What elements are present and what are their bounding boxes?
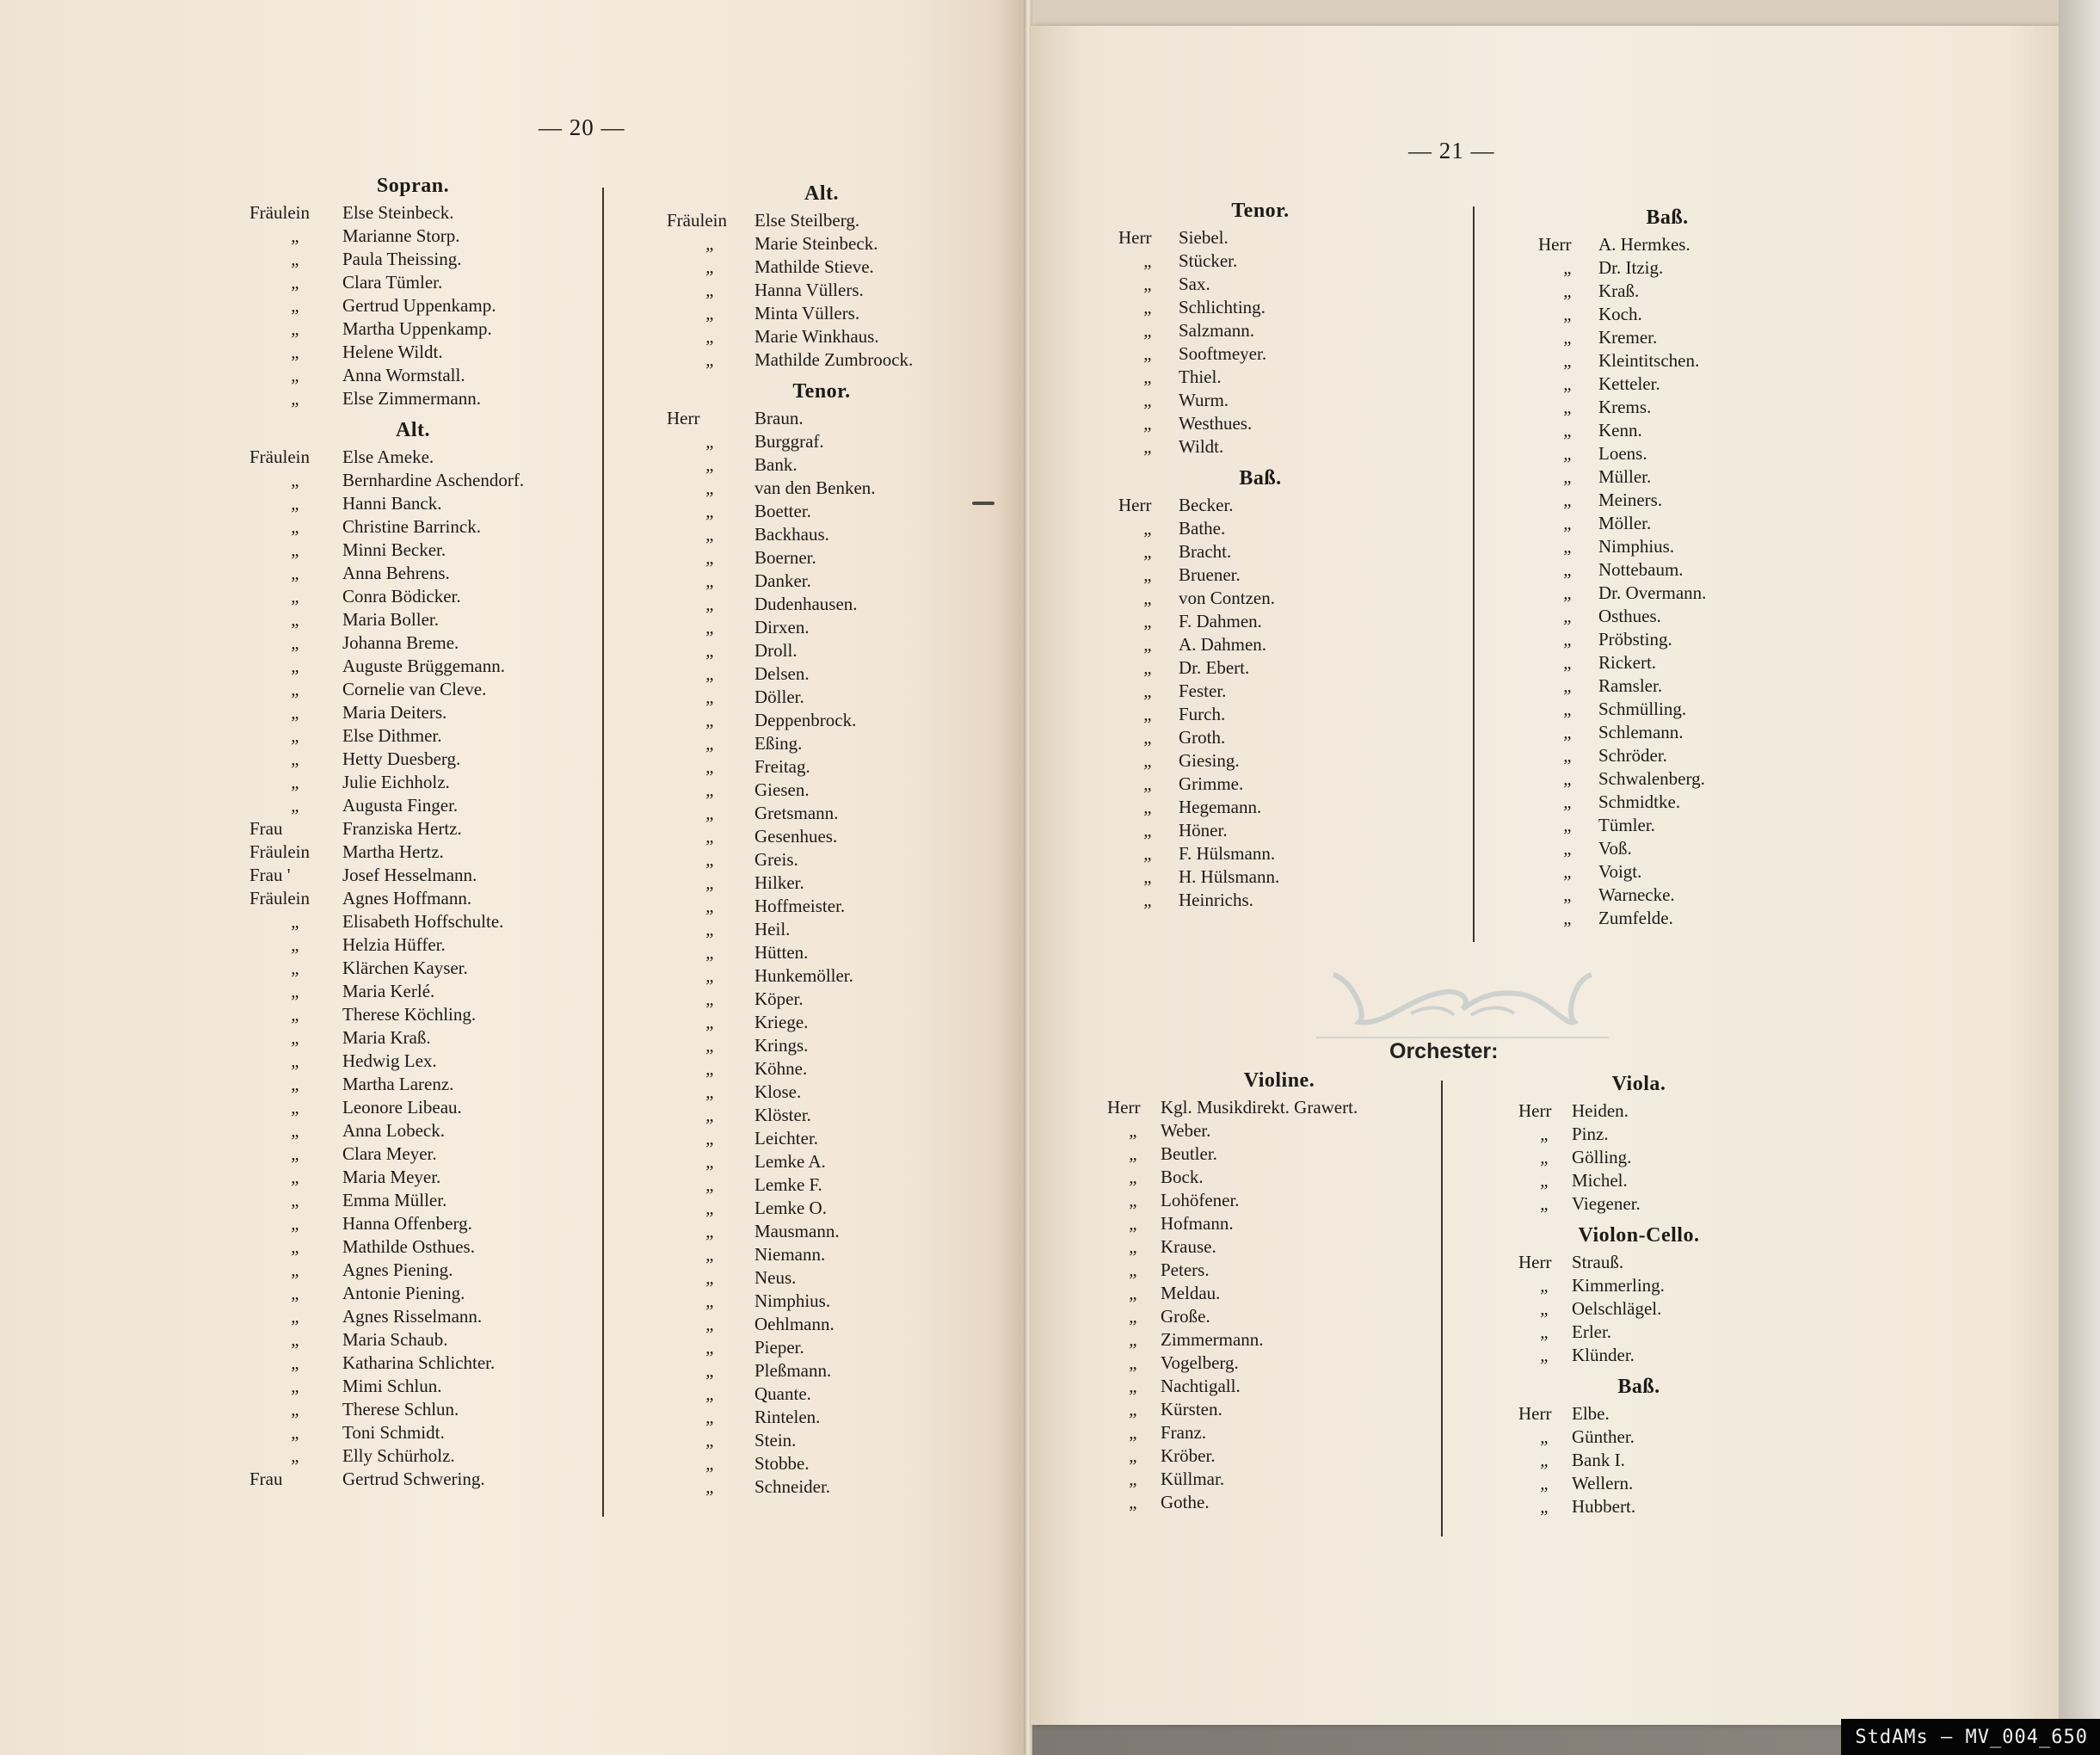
- ditto-mark: „: [1107, 1142, 1161, 1166]
- list-item: „Auguste Brüggemann.: [249, 655, 576, 678]
- list-item: „Pinz.: [1518, 1123, 1759, 1146]
- section-heading: Violon-Cello.: [1518, 1224, 1759, 1247]
- list-item: „Klärchen Kayser.: [249, 957, 576, 980]
- list-item: „Heil.: [667, 918, 976, 941]
- list-item: „Große.: [1107, 1305, 1451, 1328]
- member-name: Küllmar.: [1161, 1468, 1224, 1491]
- list-item: HerrSiebel.: [1118, 226, 1402, 249]
- ditto-mark: „: [1518, 1449, 1572, 1472]
- member-name: Köhne.: [754, 1057, 807, 1081]
- list-item: FrauGertrud Schwering.: [249, 1468, 576, 1491]
- list-item: „Köhne.: [667, 1057, 976, 1081]
- list-item: FräuleinMartha Hertz.: [249, 841, 576, 864]
- member-name: Gölling.: [1572, 1146, 1631, 1169]
- member-name: Hoffmeister.: [754, 895, 845, 918]
- member-name: Klose.: [754, 1081, 801, 1104]
- member-name: Sooftmeyer.: [1179, 342, 1266, 366]
- ditto-mark: „: [667, 1081, 754, 1104]
- member-name: Bracht.: [1179, 540, 1231, 563]
- ditto-mark: „: [667, 1243, 754, 1266]
- member-name: Maria Schaub.: [342, 1328, 447, 1352]
- member-name: Hilker.: [754, 871, 804, 895]
- list-item: „Therese Köchling.: [249, 1003, 576, 1026]
- list-item: HerrElbe.: [1518, 1402, 1759, 1426]
- member-name: Stein.: [754, 1429, 796, 1452]
- ditto-mark: „: [667, 779, 754, 802]
- ditto-mark: „: [667, 686, 754, 709]
- ditto-mark: „: [249, 1259, 342, 1282]
- member-name: Loens.: [1598, 442, 1647, 465]
- list-item: „Freitag.: [667, 755, 976, 779]
- member-name: Kleintitschen.: [1598, 349, 1699, 373]
- decorative-ornament-icon: [1316, 962, 1609, 1039]
- member-name: Döller.: [754, 686, 804, 709]
- list-item: „Stobbe.: [667, 1452, 976, 1475]
- ditto-mark: „: [249, 910, 342, 933]
- list-item: „Else Zimmermann.: [249, 387, 576, 410]
- ditto-mark: „: [667, 453, 754, 477]
- ditto-mark: „: [1107, 1375, 1161, 1398]
- list-item: „Loens.: [1538, 442, 1796, 465]
- list-item: „Groth.: [1118, 726, 1402, 749]
- ditto-mark: „: [1538, 349, 1598, 373]
- ditto-mark: „: [1518, 1274, 1572, 1297]
- ditto-mark: „: [1538, 651, 1598, 674]
- ditto-mark: „: [1538, 907, 1598, 930]
- list-item: „von Contzen.: [1118, 587, 1402, 610]
- list-item: „Hilker.: [667, 871, 976, 895]
- member-name: Klöster.: [754, 1104, 811, 1127]
- list-item: HerrA. Hermkes.: [1538, 233, 1796, 256]
- ditto-mark: „: [249, 980, 342, 1003]
- member-name: Lohöfener.: [1161, 1189, 1240, 1212]
- left-page-column-2: Alt.FräuleinElse Steilberg.„Marie Steinb…: [667, 182, 976, 1499]
- list-item: „Lemke F.: [667, 1173, 976, 1197]
- orchestra-column-2: Viola.HerrHeiden.„Pinz.„Gölling.„Michel.…: [1518, 1073, 1759, 1518]
- list-item: „Gothe.: [1107, 1491, 1451, 1514]
- ditto-mark: „: [1118, 749, 1179, 773]
- member-name: Ramsler.: [1598, 674, 1662, 698]
- column-divider: [1473, 206, 1475, 942]
- list-item: „Clara Meyer.: [249, 1142, 576, 1166]
- section-heading: Tenor.: [1118, 200, 1402, 223]
- salutation: Herr: [1518, 1099, 1572, 1123]
- list-item: „Klöster.: [667, 1104, 976, 1127]
- list-item: „Marie Steinbeck.: [667, 232, 976, 256]
- list-item: „Christine Barrinck.: [249, 515, 576, 539]
- list-item: „Martha Larenz.: [249, 1073, 576, 1096]
- member-name: Mausmann.: [754, 1220, 840, 1243]
- ditto-mark: „: [1538, 465, 1598, 489]
- ditto-mark: „: [1107, 1468, 1161, 1491]
- member-name: Katharina Schlichter.: [342, 1352, 495, 1375]
- member-name: Grimme.: [1179, 773, 1243, 796]
- member-name: Ketteler.: [1598, 373, 1660, 396]
- salutation: Herr: [1107, 1096, 1161, 1119]
- ditto-mark: „: [249, 539, 342, 562]
- list-item: „Stücker.: [1118, 249, 1402, 273]
- member-name: Nimphius.: [1598, 535, 1674, 558]
- member-name: Antonie Piening.: [342, 1282, 465, 1305]
- member-name: Hütten.: [754, 941, 808, 964]
- member-name: Groth.: [1179, 726, 1225, 749]
- ditto-mark: „: [1107, 1398, 1161, 1421]
- member-name: Gertrud Uppenkamp.: [342, 294, 496, 317]
- ditto-mark: „: [1538, 558, 1598, 582]
- ditto-mark: „: [667, 1057, 754, 1081]
- section-heading: Baß.: [1118, 467, 1402, 490]
- ditto-mark: „: [1107, 1352, 1161, 1375]
- ditto-mark: „: [1518, 1297, 1572, 1321]
- member-name: Elisabeth Hoffschulte.: [342, 910, 503, 933]
- list-item: „Lemke O.: [667, 1197, 976, 1220]
- ditto-mark: „: [1538, 396, 1598, 419]
- list-item: „Ramsler.: [1538, 674, 1796, 698]
- right-page-column-2: Baß.HerrA. Hermkes.„Dr. Itzig.„Kraß.„Koc…: [1538, 206, 1796, 930]
- member-name: Else Steilberg.: [754, 209, 859, 232]
- member-name: Heinrichs.: [1179, 889, 1253, 912]
- right-page-top-strip: [1031, 0, 2059, 26]
- list-item: „Kremer.: [1538, 326, 1796, 349]
- ditto-mark: „: [1118, 633, 1179, 656]
- member-name: Voß.: [1598, 837, 1632, 860]
- list-item: „Bock.: [1107, 1166, 1451, 1189]
- list-item: „Küllmar.: [1107, 1468, 1451, 1491]
- list-item: „Leichter.: [667, 1127, 976, 1150]
- list-item: „Schmidtke.: [1538, 791, 1796, 814]
- member-name: Anna Lobeck.: [342, 1119, 445, 1142]
- member-name: Rickert.: [1598, 651, 1656, 674]
- member-name: Agnes Hoffmann.: [342, 887, 471, 910]
- list-item: „Neus.: [667, 1266, 976, 1290]
- list-item: „Hubbert.: [1518, 1495, 1759, 1518]
- ditto-mark: „: [1518, 1344, 1572, 1367]
- ditto-mark: „: [1107, 1421, 1161, 1444]
- list-item: „Maria Deiters.: [249, 701, 576, 724]
- list-item: „Agnes Piening.: [249, 1259, 576, 1282]
- ditto-mark: „: [667, 709, 754, 732]
- list-item: „Salzmann.: [1118, 319, 1402, 342]
- salutation: Herr: [1118, 494, 1179, 517]
- ditto-mark: „: [1538, 419, 1598, 442]
- list-item: „Wurm.: [1118, 389, 1402, 412]
- list-item: „Hetty Duesberg.: [249, 748, 576, 771]
- ditto-mark: „: [249, 1305, 342, 1328]
- list-item: „Maria Schaub.: [249, 1328, 576, 1352]
- list-item: „Peters.: [1107, 1259, 1451, 1282]
- list-item: „Vogelberg.: [1107, 1352, 1451, 1375]
- ditto-mark: „: [667, 1452, 754, 1475]
- ditto-mark: „: [249, 1026, 342, 1050]
- ditto-mark: „: [667, 732, 754, 755]
- list-item: „Boetter.: [667, 500, 976, 523]
- list-item: „Dudenhausen.: [667, 593, 976, 616]
- list-item: „Höner.: [1118, 819, 1402, 842]
- ditto-mark: „: [1118, 412, 1179, 435]
- list-item: „Tümler.: [1538, 814, 1796, 837]
- list-item: „Conra Bödicker.: [249, 585, 576, 608]
- ditto-mark: „: [1538, 814, 1598, 837]
- member-name: Stobbe.: [754, 1452, 810, 1475]
- section-heading: Tenor.: [667, 380, 976, 403]
- member-name: Bathe.: [1179, 517, 1225, 540]
- member-name: Julie Eichholz.: [342, 771, 450, 794]
- member-name: Große.: [1161, 1305, 1210, 1328]
- member-name: Heiden.: [1572, 1099, 1629, 1123]
- list-item: „Bank.: [667, 453, 976, 477]
- list-item: „Voigt.: [1538, 860, 1796, 884]
- ditto-mark: „: [1118, 703, 1179, 726]
- list-item: „Hofmann.: [1107, 1212, 1451, 1235]
- ditto-mark: „: [1107, 1119, 1161, 1142]
- ditto-mark: „: [667, 1173, 754, 1197]
- ditto-mark: „: [249, 271, 342, 294]
- ditto-mark: „: [249, 748, 342, 771]
- ditto-mark: „: [667, 825, 754, 848]
- list-item: „van den Benken.: [667, 477, 976, 500]
- member-name: Niemann.: [754, 1243, 825, 1266]
- list-item: „Nachtigall.: [1107, 1375, 1451, 1398]
- member-name: H. Hülsmann.: [1179, 865, 1279, 889]
- ditto-mark: „: [1118, 389, 1179, 412]
- ditto-mark: „: [667, 755, 754, 779]
- ditto-mark: „: [667, 1127, 754, 1150]
- list-item: „Viegener.: [1518, 1192, 1759, 1216]
- salutation: Herr: [667, 407, 754, 430]
- list-item: „Krems.: [1538, 396, 1796, 419]
- ditto-mark: „: [1118, 296, 1179, 319]
- member-name: Giesen.: [754, 779, 810, 802]
- list-item: „Paula Theissing.: [249, 248, 576, 271]
- member-name: Clara Tümler.: [342, 271, 442, 294]
- list-item: „Agnes Risselmann.: [249, 1305, 576, 1328]
- member-name: Greis.: [754, 848, 798, 871]
- member-name: Gretsmann.: [754, 802, 838, 825]
- member-name: Burggraf.: [754, 430, 824, 453]
- list-item: „Günther.: [1518, 1426, 1759, 1449]
- member-name: Emma Müller.: [342, 1189, 446, 1212]
- member-name: Osthues.: [1598, 605, 1661, 628]
- member-name: Minta Vüllers.: [754, 302, 859, 325]
- ditto-mark: „: [249, 1166, 342, 1189]
- list-item: „Voß.: [1538, 837, 1796, 860]
- ditto-mark: „: [667, 523, 754, 546]
- list-item: „Gesenhues.: [667, 825, 976, 848]
- list-item: „Toni Schmidt.: [249, 1421, 576, 1444]
- list-item: „Koch.: [1538, 303, 1796, 326]
- list-item: „Helzia Hüffer.: [249, 933, 576, 957]
- list-item: „Schneider.: [667, 1475, 976, 1499]
- member-name: Mathilde Zumbroock.: [754, 348, 913, 372]
- member-name: Beutler.: [1161, 1142, 1217, 1166]
- member-name: Zimmermann.: [1161, 1328, 1264, 1352]
- ditto-mark: „: [1118, 249, 1179, 273]
- member-name: Giesing.: [1179, 749, 1240, 773]
- member-name: Boerner.: [754, 546, 816, 570]
- ditto-mark: „: [1118, 773, 1179, 796]
- list-item: „H. Hülsmann.: [1118, 865, 1402, 889]
- member-name: Nachtigall.: [1161, 1375, 1241, 1398]
- ditto-mark: „: [249, 1352, 342, 1375]
- list-item: „Delsen.: [667, 662, 976, 686]
- list-item: „Greis.: [667, 848, 976, 871]
- member-name: Viegener.: [1572, 1192, 1641, 1216]
- salutation: Herr: [1538, 233, 1598, 256]
- member-name: Franziska Hertz.: [342, 817, 462, 841]
- ditto-mark: „: [249, 1073, 342, 1096]
- list-item: „Dr. Itzig.: [1538, 256, 1796, 280]
- member-name: Erler.: [1572, 1321, 1611, 1344]
- ditto-mark: „: [1118, 610, 1179, 633]
- member-name: Dirxen.: [754, 616, 810, 639]
- list-item: „Antonie Piening.: [249, 1282, 576, 1305]
- list-item: „Thiel.: [1118, 366, 1402, 389]
- member-name: Mimi Schlun.: [342, 1375, 442, 1398]
- ditto-mark: „: [1518, 1321, 1572, 1344]
- list-item: „Sooftmeyer.: [1118, 342, 1402, 366]
- ditto-mark: „: [249, 317, 342, 341]
- list-item: „Clara Tümler.: [249, 271, 576, 294]
- member-name: Kröber.: [1161, 1444, 1216, 1468]
- ditto-mark: „: [1118, 435, 1179, 459]
- list-item: „Köper.: [667, 988, 976, 1011]
- member-name: Bernhardine Aschendorf.: [342, 469, 524, 492]
- left-page-column-1: Sopran.FräuleinElse Steinbeck.„Marianne …: [249, 175, 576, 1491]
- ditto-mark: „: [667, 616, 754, 639]
- member-name: Else Dithmer.: [342, 724, 441, 748]
- member-name: Else Zimmermann.: [342, 387, 481, 410]
- list-item: „Erler.: [1518, 1321, 1759, 1344]
- member-name: Köper.: [754, 988, 804, 1011]
- member-name: Maria Meyer.: [342, 1166, 440, 1189]
- ditto-mark: „: [1118, 889, 1179, 912]
- list-item: „Giesing.: [1118, 749, 1402, 773]
- column-divider: [602, 188, 604, 1517]
- list-item: „Mausmann.: [667, 1220, 976, 1243]
- section-heading: Alt.: [667, 182, 976, 206]
- member-name: Droll.: [754, 639, 798, 662]
- list-item: „Zumfelde.: [1538, 907, 1796, 930]
- ditto-mark: „: [1118, 563, 1179, 587]
- member-name: Else Ameke.: [342, 446, 434, 469]
- member-name: Kremer.: [1598, 326, 1657, 349]
- member-name: Backhaus.: [754, 523, 829, 546]
- member-name: Dr. Overmann.: [1598, 582, 1706, 605]
- member-name: Kraß.: [1598, 280, 1639, 303]
- ditto-mark: „: [1118, 656, 1179, 680]
- list-item: „Hanni Banck.: [249, 492, 576, 515]
- list-item: „Kürsten.: [1107, 1398, 1451, 1421]
- list-item: HerrBecker.: [1118, 494, 1402, 517]
- list-item: „Schmülling.: [1538, 698, 1796, 721]
- list-item: „Kröber.: [1107, 1444, 1451, 1468]
- salutation: Frau ': [249, 864, 342, 887]
- member-name: Wellern.: [1572, 1472, 1633, 1495]
- member-name: Therese Köchling.: [342, 1003, 476, 1026]
- ditto-mark: „: [667, 1406, 754, 1429]
- member-name: Warnecke.: [1598, 884, 1675, 907]
- ditto-mark: „: [667, 964, 754, 988]
- member-name: Christine Barrinck.: [342, 515, 481, 539]
- ditto-mark: „: [667, 662, 754, 686]
- list-item: HerrBraun.: [667, 407, 976, 430]
- ditto-mark: „: [249, 933, 342, 957]
- member-name: Hofmann.: [1161, 1212, 1234, 1235]
- member-name: Hanna Vüllers.: [754, 279, 864, 302]
- ditto-mark: „: [667, 895, 754, 918]
- ditto-mark: „: [1118, 273, 1179, 296]
- ditto-mark: „: [1118, 680, 1179, 703]
- list-item: „Döller.: [667, 686, 976, 709]
- member-name: Freitag.: [754, 755, 810, 779]
- ditto-mark: „: [1538, 628, 1598, 651]
- list-item: „Mathilde Stieve.: [667, 256, 976, 279]
- member-name: Delsen.: [754, 662, 810, 686]
- member-name: Oelschlägel.: [1572, 1297, 1661, 1321]
- list-item: HerrHeiden.: [1518, 1099, 1759, 1123]
- ditto-mark: „: [249, 1444, 342, 1468]
- member-name: Klünder.: [1572, 1344, 1635, 1367]
- member-name: Strauß.: [1572, 1251, 1623, 1274]
- list-item: „Oelschlägel.: [1518, 1297, 1759, 1321]
- member-name: Martha Hertz.: [342, 841, 444, 864]
- member-name: Mathilde Stieve.: [754, 256, 874, 279]
- list-item: „Elly Schürholz.: [249, 1444, 576, 1468]
- member-name: Hedwig Lex.: [342, 1050, 437, 1073]
- ditto-mark: „: [1538, 791, 1598, 814]
- ditto-mark: „: [249, 341, 342, 364]
- list-item: „Klünder.: [1518, 1344, 1759, 1367]
- list-item: „Anna Wormstall.: [249, 364, 576, 387]
- orchestra-column-1: Violine.HerrKgl. Musikdirekt. Grawert.„W…: [1107, 1069, 1451, 1514]
- ditto-mark: „: [1538, 489, 1598, 512]
- member-name: Hubbert.: [1572, 1495, 1635, 1518]
- list-item: „Stein.: [667, 1429, 976, 1452]
- member-name: Leonore Libeau.: [342, 1096, 462, 1119]
- list-item: „Osthues.: [1538, 605, 1796, 628]
- member-name: Krems.: [1598, 396, 1651, 419]
- list-item: „Niemann.: [667, 1243, 976, 1266]
- list-item: „Nimphius.: [667, 1290, 976, 1313]
- ditto-mark: „: [249, 1096, 342, 1119]
- list-item: „Bruener.: [1118, 563, 1402, 587]
- ditto-mark: „: [667, 1382, 754, 1406]
- member-name: Boetter.: [754, 500, 811, 523]
- ditto-mark: „: [667, 1104, 754, 1127]
- ditto-mark: „: [1118, 366, 1179, 389]
- list-item: „Boerner.: [667, 546, 976, 570]
- member-name: Dr. Itzig.: [1598, 256, 1663, 280]
- member-name: Voigt.: [1598, 860, 1641, 884]
- list-item: „Dr. Overmann.: [1538, 582, 1796, 605]
- orchestra-title: Orchester:: [1389, 1039, 1498, 1064]
- list-item: „Martha Uppenkamp.: [249, 317, 576, 341]
- ditto-mark: „: [1107, 1189, 1161, 1212]
- member-name: Wurm.: [1179, 389, 1229, 412]
- list-item: FräuleinElse Steilberg.: [667, 209, 976, 232]
- member-name: Johanna Breme.: [342, 631, 459, 655]
- member-name: Elly Schürholz.: [342, 1444, 455, 1468]
- ditto-mark: „: [249, 1003, 342, 1026]
- member-name: Möller.: [1598, 512, 1651, 535]
- list-item: „Maria Meyer.: [249, 1166, 576, 1189]
- member-name: Maria Boller.: [342, 608, 439, 631]
- ditto-mark: „: [1107, 1235, 1161, 1259]
- ditto-mark: „: [1538, 837, 1598, 860]
- list-item: „Bathe.: [1118, 517, 1402, 540]
- section-heading: Sopran.: [249, 175, 576, 198]
- list-item: „Hanna Offenberg.: [249, 1212, 576, 1235]
